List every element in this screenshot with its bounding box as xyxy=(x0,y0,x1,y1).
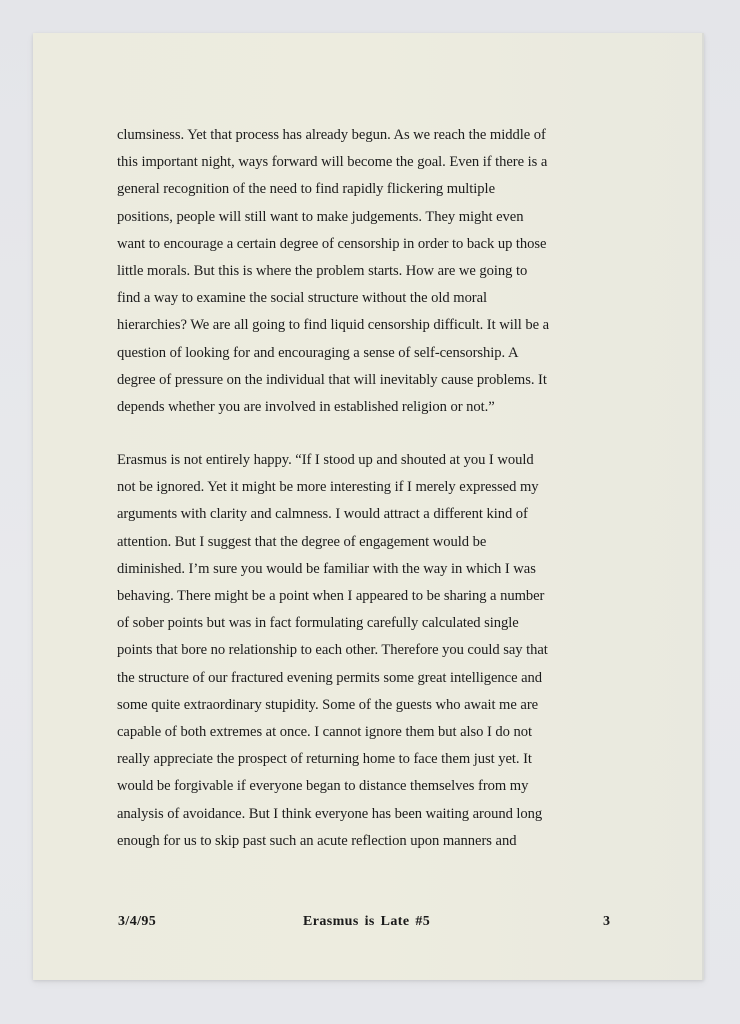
text-line: enough for us to skip past such an acute… xyxy=(117,828,537,855)
text-line: hierarchies? We are all going to find li… xyxy=(117,312,537,339)
text-line: some quite extraordinary stupidity. Some… xyxy=(117,692,537,719)
text-line: capable of both extremes at once. I cann… xyxy=(117,719,537,746)
text-line: find a way to examine the social structu… xyxy=(117,285,537,312)
text-line: clumsiness. Yet that process has already… xyxy=(117,122,537,149)
text-line: diminished. I’m sure you would be famili… xyxy=(117,556,537,583)
text-line: general recognition of the need to find … xyxy=(117,176,537,203)
paper-page: clumsiness. Yet that process has already… xyxy=(33,33,704,980)
text-line: really appreciate the prospect of return… xyxy=(117,746,537,773)
text-line: attention. But I suggest that the degree… xyxy=(117,529,537,556)
text-line: want to encourage a certain degree of ce… xyxy=(117,231,537,258)
footer-title: Erasmus is Late #5 xyxy=(303,914,430,930)
text-line: depends whether you are involved in esta… xyxy=(117,394,537,421)
body-text: clumsiness. Yet that process has already… xyxy=(117,122,537,855)
text-line: little morals. But this is where the pro… xyxy=(117,258,537,285)
text-line: behaving. There might be a point when I … xyxy=(117,583,537,610)
text-line: not be ignored. Yet it might be more int… xyxy=(117,474,537,501)
footer-date: 3/4/95 xyxy=(118,914,156,930)
text-line: points that bore no relationship to each… xyxy=(117,637,537,664)
text-line: would be forgivable if everyone began to… xyxy=(117,773,537,800)
text-line: of sober points but was in fact formulat… xyxy=(117,610,537,637)
paragraph-2: Erasmus is not entirely happy. “If I sto… xyxy=(117,447,537,855)
text-line: analysis of avoidance. But I think every… xyxy=(117,801,537,828)
text-line: question of looking for and encouraging … xyxy=(117,340,537,367)
text-line: degree of pressure on the individual tha… xyxy=(117,367,537,394)
paragraph-1: clumsiness. Yet that process has already… xyxy=(117,122,537,421)
page-number: 3 xyxy=(603,914,610,930)
text-line: Erasmus is not entirely happy. “If I sto… xyxy=(117,447,537,474)
text-line: arguments with clarity and calmness. I w… xyxy=(117,501,537,528)
text-line: this important night, ways forward will … xyxy=(117,149,537,176)
page-footer: 3/4/95 Erasmus is Late #5 3 xyxy=(33,914,704,938)
text-line: positions, people will still want to mak… xyxy=(117,204,537,231)
text-line: the structure of our fractured evening p… xyxy=(117,665,537,692)
